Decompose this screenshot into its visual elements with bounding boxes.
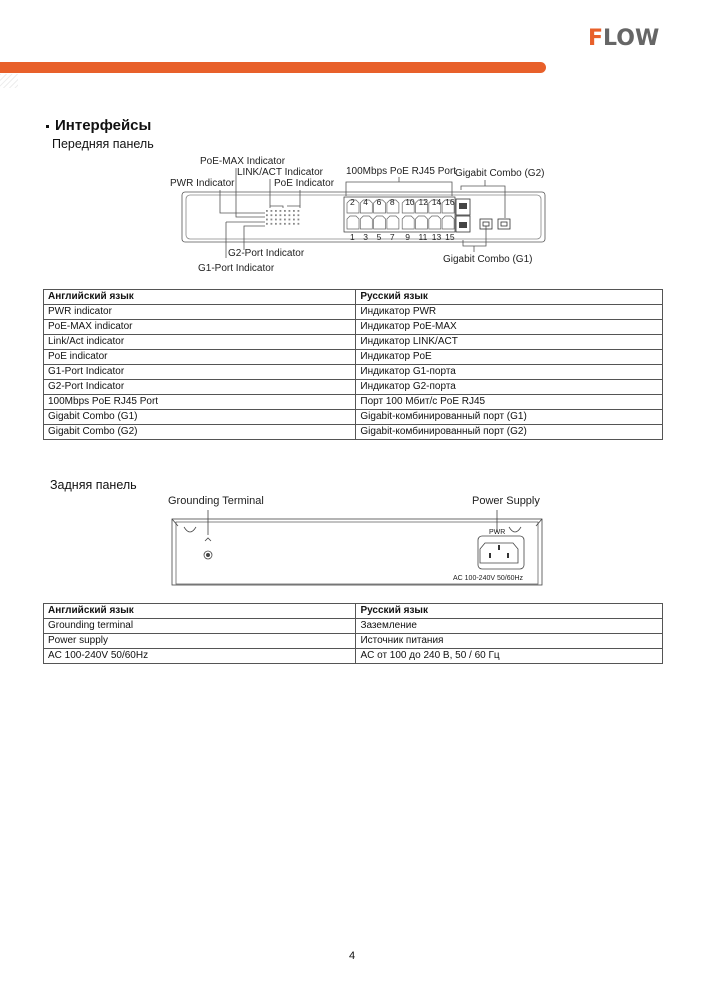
cell-russian: Gigabit-комбинированный порт (G1) (356, 410, 663, 425)
cell-english: Power supply (44, 634, 356, 649)
label-power-supply: Power Supply (472, 495, 540, 507)
cell-english: 100Mbps PoE RJ45 Port (44, 395, 356, 410)
table-row: PWR indicatorИндикатор PWR (44, 305, 663, 320)
flow-logo: FLOW (588, 27, 659, 49)
table-row: PoE indicatorИндикатор PoE (44, 350, 663, 365)
cell-english: PoE-MAX indicator (44, 320, 356, 335)
front-panel-diagram: 24681012141613579111315 PoE-MAX Indicato… (0, 150, 707, 280)
cell-english: G1-Port Indicator (44, 365, 356, 380)
front-panel-title: Передняя панель (52, 137, 154, 151)
table-row: Power supplyИсточник питания (44, 634, 663, 649)
port-number: 12 (419, 197, 429, 207)
logo-accent: F (588, 26, 603, 51)
label-gigabit-combo-g1: Gigabit Combo (G1) (443, 254, 532, 265)
port-number: 4 (363, 197, 368, 207)
table-row: PoE-MAX indicatorИндикатор PoE-MAX (44, 320, 663, 335)
cell-english: Grounding terminal (44, 619, 356, 634)
label-poe: PoE Indicator (274, 178, 335, 189)
port-number: 10 (405, 197, 415, 207)
header-russian: Русский язык (356, 604, 663, 619)
header-english: Английский язык (44, 604, 356, 619)
table-row: Gigabit Combo (G2)Gigabit-комбинированны… (44, 425, 663, 440)
table-header-row: Английский языкРусский язык (44, 290, 663, 305)
port-number: 7 (390, 232, 395, 242)
label-pwr: PWR Indicator (170, 178, 235, 189)
cell-russian: Индикатор PoE-MAX (356, 320, 663, 335)
label-grounding-terminal: Grounding Terminal (168, 495, 264, 507)
table-header-row: Английский языкРусский язык (44, 604, 663, 619)
port-number: 1 (350, 232, 355, 242)
table-row: Grounding terminalЗаземление (44, 619, 663, 634)
cell-russian: Индикатор G2-порта (356, 380, 663, 395)
label-link-act: LINK/ACT Indicator (237, 167, 324, 178)
label-g1-port: G1-Port Indicator (198, 263, 275, 274)
bullet-icon (46, 125, 49, 128)
page-number: 4 (349, 950, 355, 962)
port-number: 3 (363, 232, 368, 242)
port-number: 13 (432, 232, 442, 242)
table-row: 100Mbps PoE RJ45 PortПорт 100 Мбит/с PoE… (44, 395, 663, 410)
cell-russian: Индикатор G1-порта (356, 365, 663, 380)
cell-english: AC 100-240V 50/60Hz (44, 649, 356, 664)
cell-russian: Gigabit-комбинированный порт (G2) (356, 425, 663, 440)
cell-english: PoE indicator (44, 350, 356, 365)
label-poe-max: PoE-MAX Indicator (200, 156, 286, 167)
cell-english: Link/Act indicator (44, 335, 356, 350)
table-row: AC 100-240V 50/60HzAC от 100 до 240 В, 5… (44, 649, 663, 664)
cell-english: Gigabit Combo (G1) (44, 410, 356, 425)
port-number: 8 (390, 197, 395, 207)
cell-russian: Источник питания (356, 634, 663, 649)
front-panel-table: Английский языкРусский языкPWR indicator… (43, 289, 663, 440)
cell-russian: Заземление (356, 619, 663, 634)
label-rj45-ports: 100Mbps PoE RJ45 Port (346, 166, 456, 177)
decorative-hatch (0, 74, 18, 88)
section-title: Интерфейсы (46, 117, 151, 134)
label-pwr-rear: PWR (489, 529, 505, 536)
cell-russian: AC от 100 до 240 В, 50 / 60 Гц (356, 649, 663, 664)
port-number: 2 (350, 197, 355, 207)
cell-russian: Порт 100 Мбит/с PoE RJ45 (356, 395, 663, 410)
table-row: Link/Act indicatorИндикатор LINK/ACT (44, 335, 663, 350)
header-accent-bar (0, 62, 546, 73)
port-number: 6 (377, 197, 382, 207)
table-row: Gigabit Combo (G1)Gigabit-комбинированны… (44, 410, 663, 425)
cell-russian: Индикатор PWR (356, 305, 663, 320)
cell-russian: Индикатор LINK/ACT (356, 335, 663, 350)
cell-english: G2-Port Indicator (44, 380, 356, 395)
table-row: G2-Port IndicatorИндикатор G2-порта (44, 380, 663, 395)
section-title-text: Интерфейсы (55, 117, 151, 134)
port-number: 15 (445, 232, 455, 242)
header-russian: Русский язык (356, 290, 663, 305)
header-english: Английский язык (44, 290, 356, 305)
port-number: 14 (432, 197, 442, 207)
port-number: 16 (445, 197, 455, 207)
cell-russian: Индикатор PoE (356, 350, 663, 365)
cell-english: PWR indicator (44, 305, 356, 320)
table-row: G1-Port IndicatorИндикатор G1-порта (44, 365, 663, 380)
label-gigabit-combo-g2: Gigabit Combo (G2) (455, 168, 544, 179)
cell-english: Gigabit Combo (G2) (44, 425, 356, 440)
rear-panel-table: Английский языкРусский языкGrounding ter… (43, 603, 663, 664)
label-g2-port: G2-Port Indicator (228, 248, 305, 259)
port-number: 9 (405, 232, 410, 242)
port-number: 11 (419, 232, 428, 242)
logo-text: LOW (603, 26, 659, 51)
port-number: 5 (377, 232, 382, 242)
rear-panel-diagram: Grounding Terminal Power Supply PWR AC 1… (0, 488, 707, 588)
label-ac-rating: AC 100-240V 50/60Hz (453, 575, 524, 582)
